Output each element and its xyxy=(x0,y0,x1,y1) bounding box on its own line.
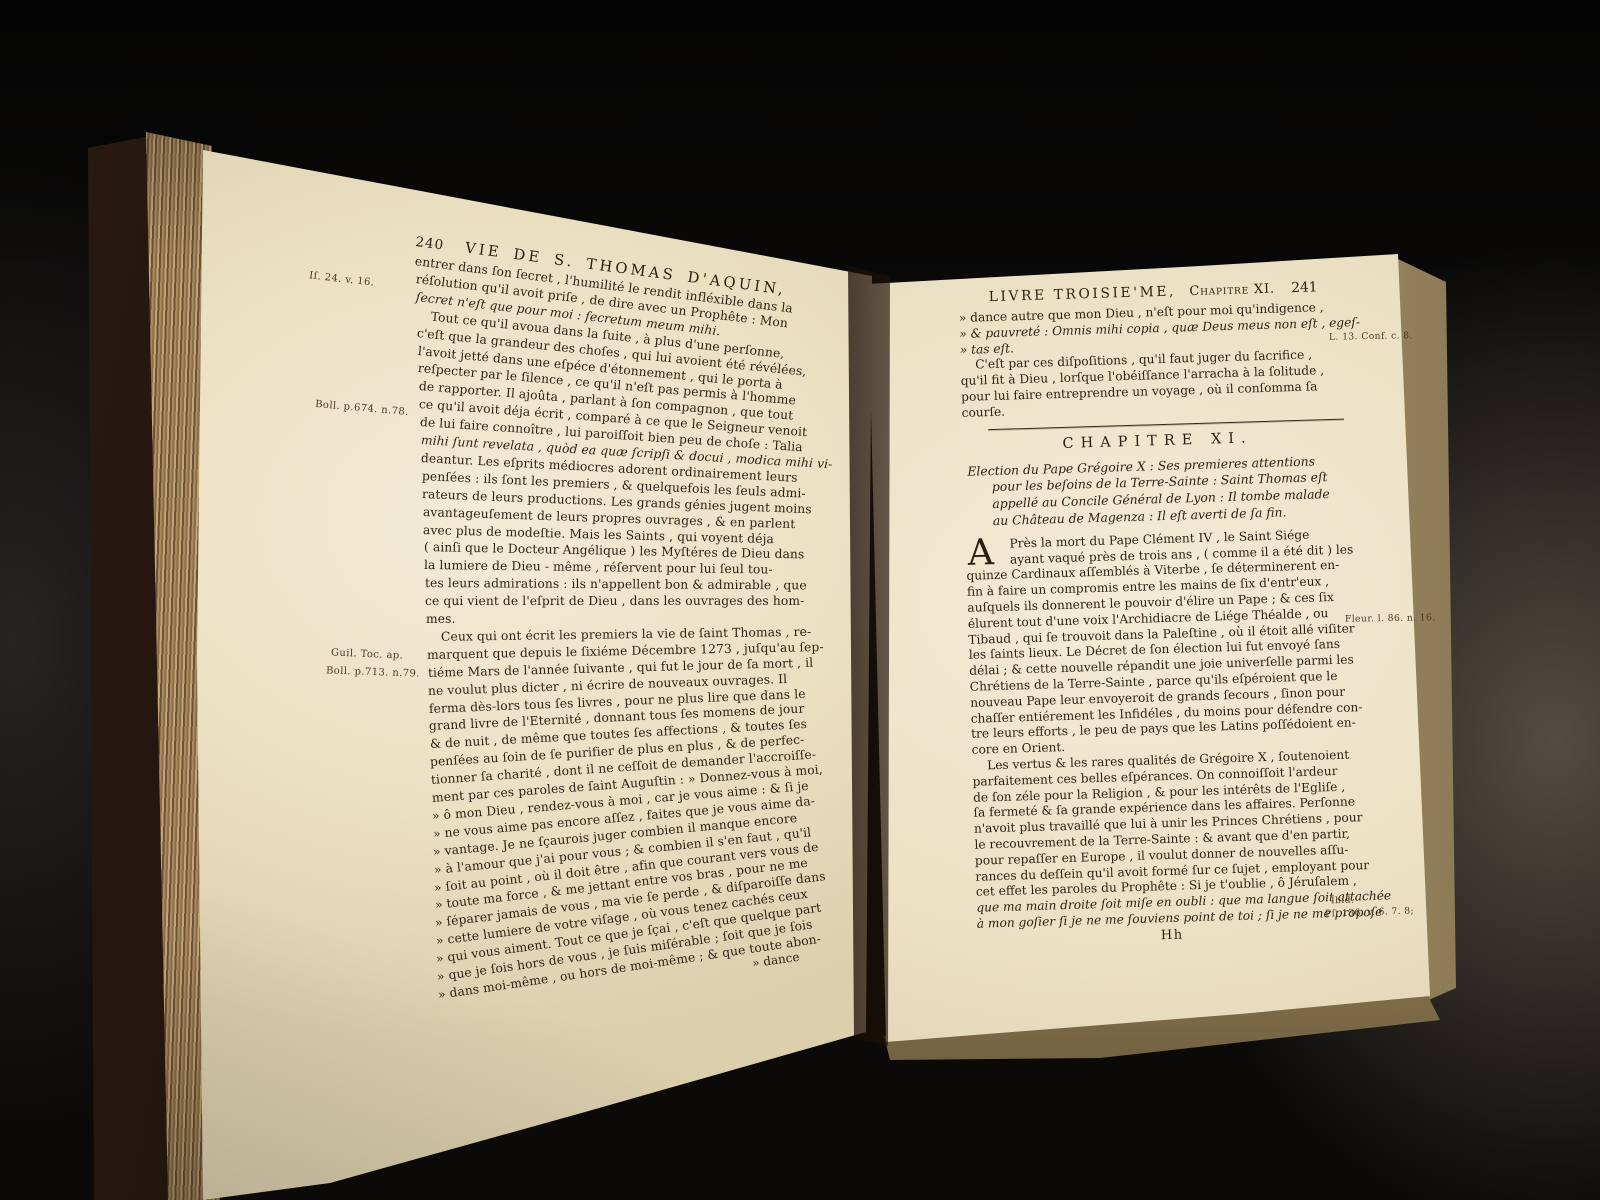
text-line: mes. xyxy=(426,612,456,626)
right-page-number: 241 xyxy=(1291,279,1318,296)
chapter-argument: Election du Pape Grégoire X : Ses premie… xyxy=(967,452,1355,531)
quote-block: » dance autre que mon Dieu , n'eſt pour … xyxy=(959,299,1352,421)
paragraph-2: Les vertus & les rares qualités de Grégo… xyxy=(972,747,1367,932)
margin-note: Ibid. xyxy=(1331,895,1355,907)
margin-note: Fleur. l. 86. n. 16. xyxy=(1345,612,1436,625)
right-running-title: LIVRE TROISIE'ME, xyxy=(989,284,1177,306)
text-line: tes leurs admirations : ils n'appellent … xyxy=(425,576,807,592)
right-page-content: LIVRE TROISIE'ME, Chapitre XI. 241 » dan… xyxy=(958,278,1367,948)
drop-cap: A xyxy=(967,538,994,569)
right-running-chapter: Chapitre XI. xyxy=(1189,282,1275,300)
text-line: la lumiere de Dieu - même , réſervent po… xyxy=(424,558,773,577)
chapter-heading: CHAPITRE XI. xyxy=(962,427,1352,455)
paragraph-1: A Près la mort du Pape Clément IV , le S… xyxy=(965,526,1361,759)
margin-note: L. 13. Conf. c. 8. xyxy=(1329,330,1413,342)
text-line: ce qui vient de l'eſprit de Dieu , dans … xyxy=(425,594,804,608)
left-page-number: 240 xyxy=(415,234,446,254)
book-photo: 240 VIE DE S. THOMAS D'AQUIN, entrer dan… xyxy=(0,0,1600,1200)
paragraph-1-lines: Près la mort du Pape Clément IV , le Sai… xyxy=(965,526,1361,759)
